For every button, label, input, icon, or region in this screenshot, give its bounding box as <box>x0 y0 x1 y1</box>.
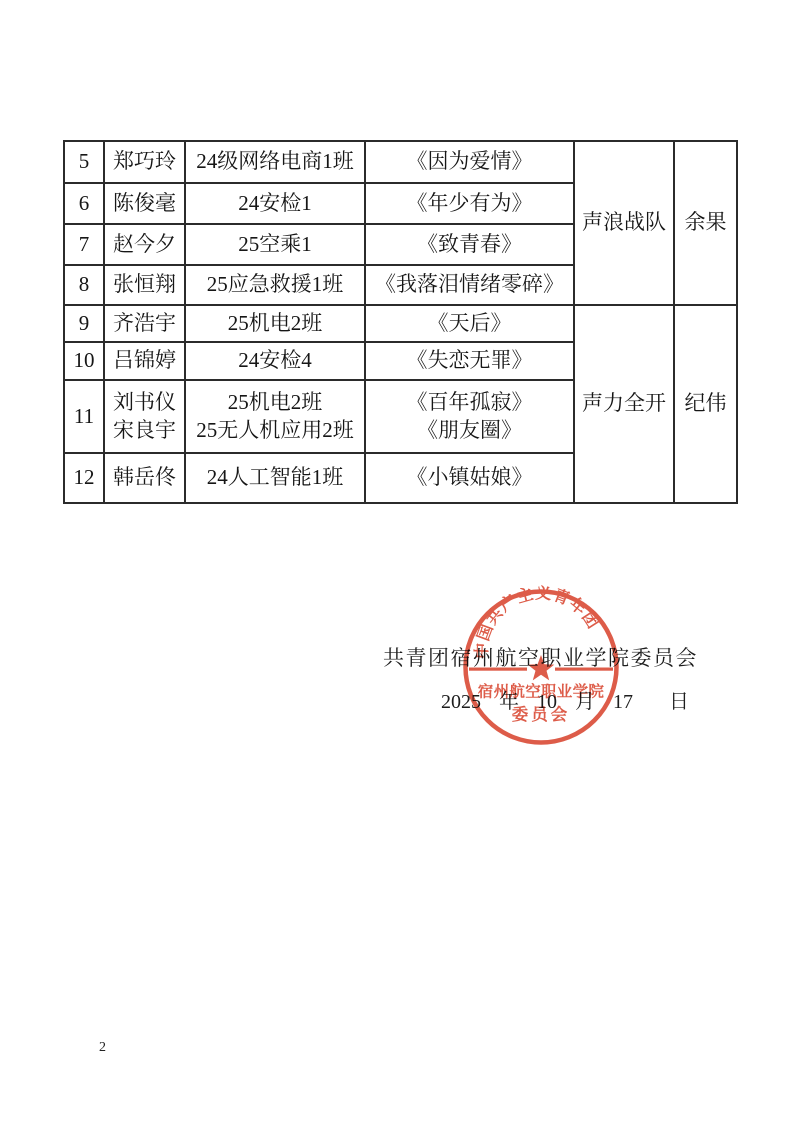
row-number-cell: 5 <box>64 141 104 183</box>
class-cell: 24安检1 <box>185 183 365 224</box>
document-page: 5 郑巧玲 24级网络电商1班 《因为爱情》 声浪战队 余果 6 陈俊毫 24安… <box>0 0 793 1122</box>
class-cell: 24人工智能1班 <box>185 453 365 503</box>
class-cell: 25机电2班 25无人机应用2班 <box>185 380 365 453</box>
song-cell: 《致青春》 <box>365 224 574 265</box>
name-cell: 韩岳佟 <box>104 453 185 503</box>
name-cell: 赵今夕 <box>104 224 185 265</box>
team-cell: 声力全开 <box>574 305 674 503</box>
row-number-cell: 6 <box>64 183 104 224</box>
name-cell: 刘书仪 宋良宇 <box>104 380 185 453</box>
row-number-cell: 12 <box>64 453 104 503</box>
class-cell: 25应急救援1班 <box>185 265 365 305</box>
song-cell: 《因为爱情》 <box>365 141 574 183</box>
leader-cell: 余果 <box>674 141 737 305</box>
name-cell: 吕锦婷 <box>104 342 185 380</box>
team-cell: 声浪战队 <box>574 141 674 305</box>
class-cell: 25空乘1 <box>185 224 365 265</box>
signature-date: 2025 年 10 月 17 日 <box>441 685 689 714</box>
class-cell: 25机电2班 <box>185 305 365 342</box>
table-row: 9 齐浩宇 25机电2班 《天后》 声力全开 纪伟 <box>64 305 737 342</box>
song-cell: 《小镇姑娘》 <box>365 453 574 503</box>
row-number-cell: 8 <box>64 265 104 305</box>
name-cell: 齐浩宇 <box>104 305 185 342</box>
song-cell: 《百年孤寂》 《朋友圈》 <box>365 380 574 453</box>
class-cell: 24级网络电商1班 <box>185 141 365 183</box>
name-cell: 陈俊毫 <box>104 183 185 224</box>
table-row: 5 郑巧玲 24级网络电商1班 《因为爱情》 声浪战队 余果 <box>64 141 737 183</box>
row-number-cell: 10 <box>64 342 104 380</box>
song-cell: 《我落泪情绪零碎》 <box>365 265 574 305</box>
page-number: 2 <box>99 1040 106 1056</box>
committee-signature: 共青团宿州航空职业学院委员会 <box>383 642 698 672</box>
song-cell: 《年少有为》 <box>365 183 574 224</box>
class-cell: 24安检4 <box>185 342 365 380</box>
name-cell: 张恒翔 <box>104 265 185 305</box>
name-cell: 郑巧玲 <box>104 141 185 183</box>
row-number-cell: 11 <box>64 380 104 453</box>
row-number-cell: 7 <box>64 224 104 265</box>
leader-cell: 纪伟 <box>674 305 737 503</box>
roster-table: 5 郑巧玲 24级网络电商1班 《因为爱情》 声浪战队 余果 6 陈俊毫 24安… <box>63 140 738 504</box>
song-cell: 《天后》 <box>365 305 574 342</box>
song-cell: 《失恋无罪》 <box>365 342 574 380</box>
row-number-cell: 9 <box>64 305 104 342</box>
